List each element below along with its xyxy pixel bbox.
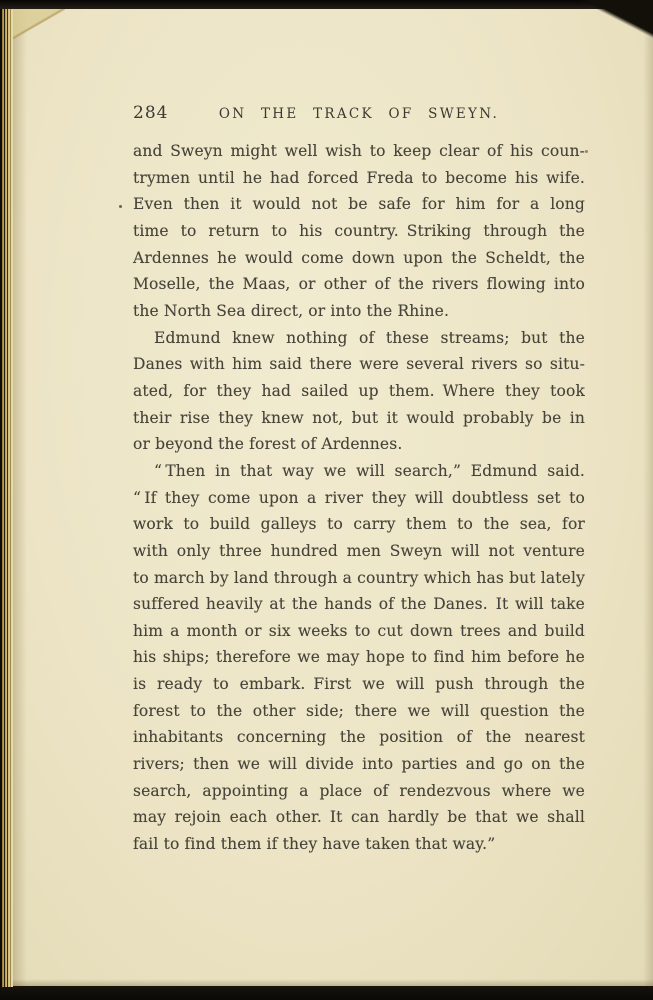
page-header: 284 ON THE TRACK OF SWEYN. [133,103,585,125]
text-line: with only three hundred men Sweyn will n… [133,538,585,565]
text-line: rivers; then we will divide into parties… [133,751,585,778]
text-line: and Sweyn might well wish to keep clear … [133,138,585,165]
text-line: his ships; therefore we may hope to find… [133,644,585,671]
paragraph: Edmund knew nothing of these streams; bu… [133,325,585,458]
page-corner-fold [13,9,65,39]
text-line: inhabitants concerning the position of t… [133,724,585,751]
text-line: trymen until he had forced Freda to beco… [133,165,585,192]
scan-speck [585,150,588,153]
text-line: the North Sea direct, or into the Rhine. [133,298,585,325]
page-bottom-shadow [13,979,653,987]
page-number: 284 [133,103,168,123]
text-line: search, appointing a place of rendezvous… [133,778,585,805]
text-line: him a month or six weeks to cut down tre… [133,618,585,645]
text-line: Even then it would not be safe for him f… [133,191,585,218]
scan-speck [119,205,122,208]
text-line: Moselle, the Maas, or other of the river… [133,271,585,298]
stacked-page-edges [0,0,13,1000]
text-line: their rise they knew not, but it would p… [133,405,585,432]
text-line: “ If they come upon a river they will do… [133,485,585,512]
running-title: ON THE TRACK OF SWEYN. [133,103,585,122]
scan-border-top [0,0,653,9]
text-line: ated, for they had sailed up them. Where… [133,378,585,405]
text-line: to march by land through a country which… [133,565,585,592]
text-line: time to return to his country. Striking … [133,218,585,245]
text-line: work to build galleys to carry them to t… [133,511,585,538]
text-line: Edmund knew nothing of these streams; bu… [133,325,585,352]
paragraph: “ Then in that way we will search,” Edmu… [133,458,585,858]
page-right-shadow [643,9,653,986]
text-line: fail to find them if they have taken tha… [133,831,585,858]
text-line: suffered heavily at the hands of the Dan… [133,591,585,618]
text-line: Danes with him said there were several r… [133,351,585,378]
paragraph: and Sweyn might well wish to keep clear … [133,138,585,325]
text-line: “ Then in that way we will search,” Edmu… [133,458,585,485]
scan-border-top-right [575,0,653,40]
text-line: forest to the other side; there we will … [133,698,585,725]
text-line: or beyond the forest of Ardennes. [133,431,585,458]
body-text: and Sweyn might well wish to keep clear … [133,138,585,858]
scan-border-bottom [0,987,653,1000]
text-line: is ready to embark. First we will push t… [133,671,585,698]
text-line: may rejoin each other. It can hardly be … [133,804,585,831]
page-gutter-shadow [13,9,27,986]
text-line: Ardennes he would come down upon the Sch… [133,245,585,272]
